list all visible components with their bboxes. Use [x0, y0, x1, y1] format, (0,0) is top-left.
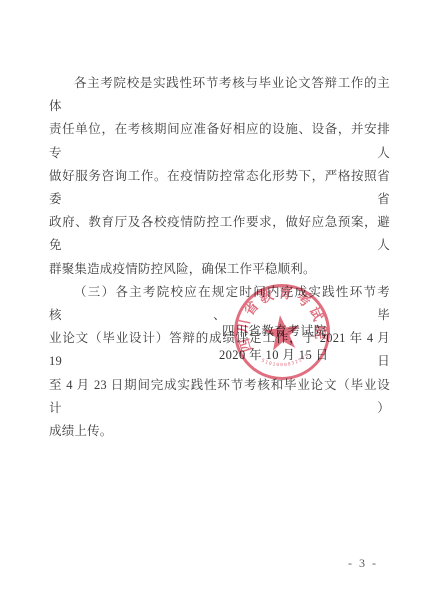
body-line: 各主考院校是实践性环节考核与毕业论文答辩工作的主体 [49, 72, 390, 118]
body-line: 责任单位，在考核期间应准备好相应的设施、设备，并安排专人 [49, 118, 390, 164]
body-line: 成绩上传。 [49, 420, 390, 443]
body-line: （三）各主考院校应在规定时间内完成实践性环节考核、毕 [49, 281, 390, 327]
body-line: 政府、教育厅及各校疫情防控工作要求，做好应急预案，避免人 [49, 211, 390, 257]
body-line: 做好服务咨询工作。在疫情防控常态化形势下，严格按照省委省 [49, 165, 390, 211]
body-text-block: 各主考院校是实践性环节考核与毕业论文答辩工作的主体 责任单位，在考核期间应准备好… [49, 72, 390, 443]
document-page: 各主考院校是实践性环节考核与毕业论文答辩工作的主体 责任单位，在考核期间应准备好… [0, 0, 422, 600]
page-number: - 3 - [348, 556, 378, 571]
body-line: 至 4 月 23 日期间完成实践性环节考核和毕业论文（毕业设计） [49, 374, 390, 420]
body-line: 群聚集造成疫情防控风险，确保工作平稳顺利。 [49, 258, 390, 281]
signature-date: 2020 年 10 月 15 日 [219, 345, 329, 363]
signature-issuer: 四川省教育考试院 [222, 321, 327, 339]
